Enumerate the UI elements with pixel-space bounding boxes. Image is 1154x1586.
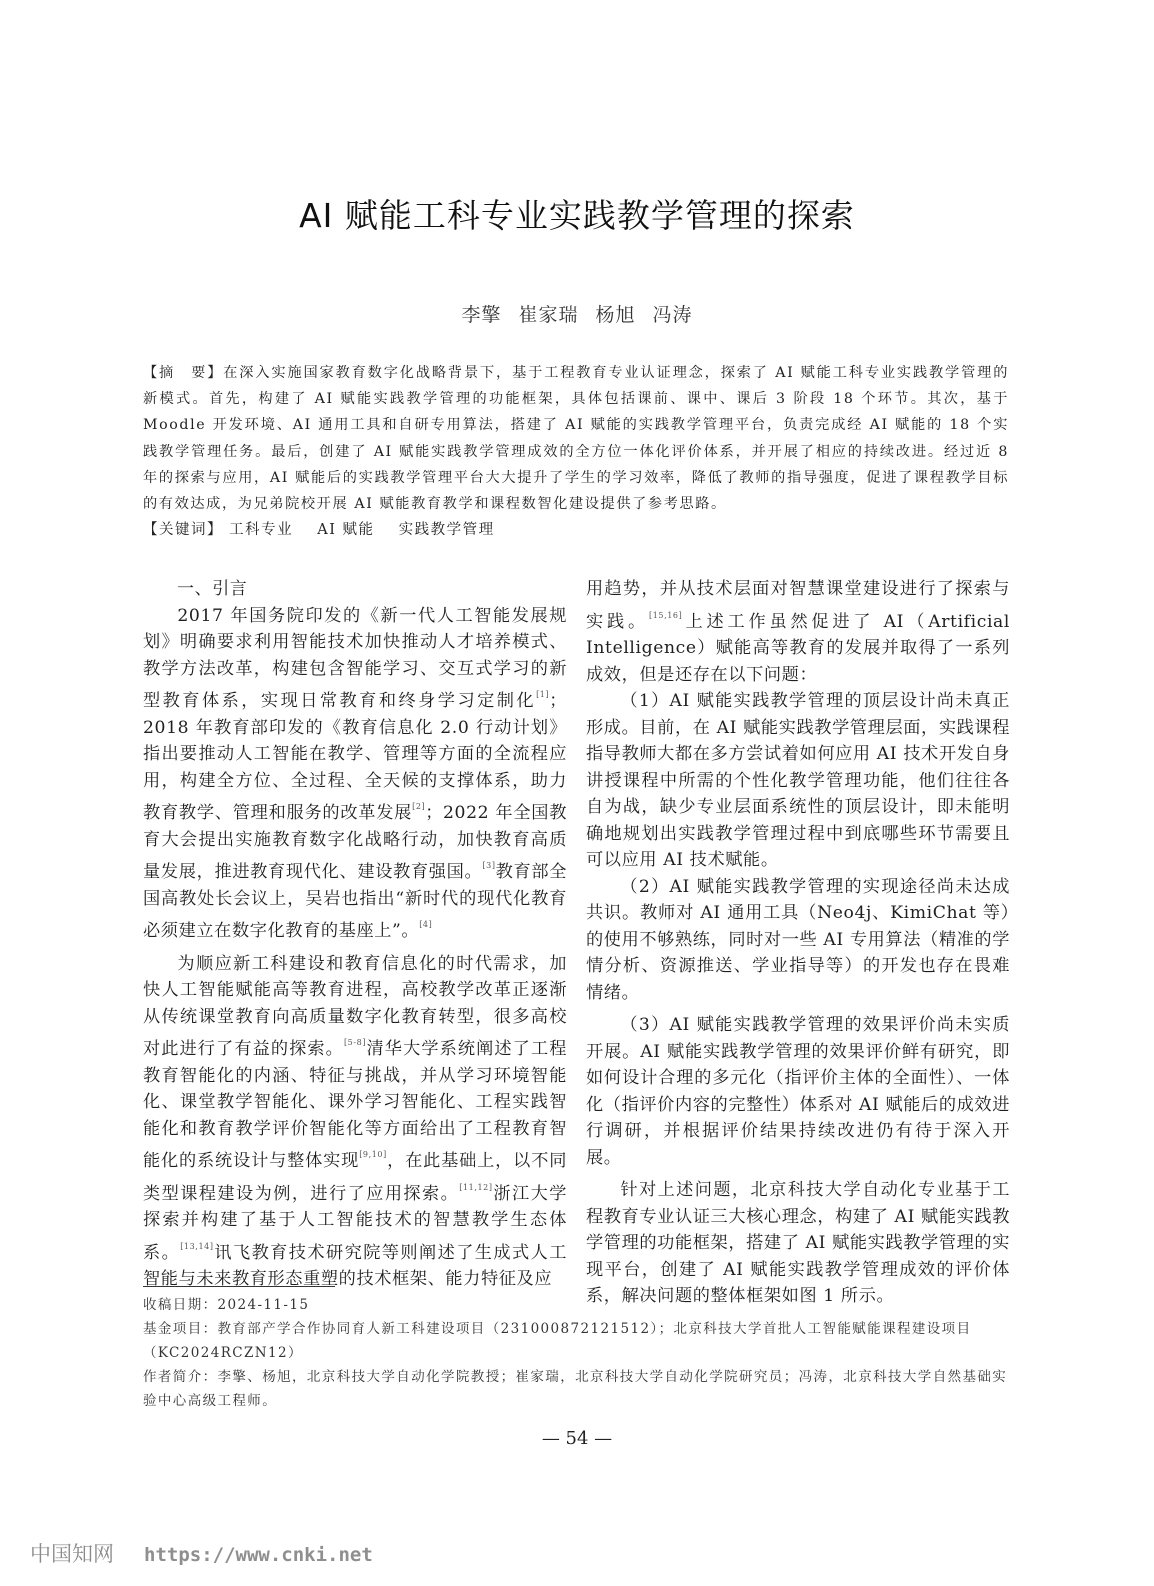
paragraph: （3）AI 赋能实践教学管理的效果评价尚未实质开展。AI 赋能实践教学管理的效果… (586, 1012, 1010, 1171)
paper-title: AI 赋能工科专业实践教学管理的探索 (0, 190, 1154, 237)
paragraph-text: 2017 年国务院印发的《新一代人工智能发展规划》明确要求利用智能技术加快推动人… (143, 606, 567, 712)
paragraph: 用趋势，并从技术层面对智慧课堂建设进行了探索与实践。[15,16]上述工作虽然促… (586, 576, 1010, 688)
fund-info: 基金项目：教育部产学合作协同育人新工科建设项目（231000872121512）… (143, 1317, 1013, 1365)
paragraph: （2）AI 赋能实践教学管理的实现途径尚未达成共识。教师对 AI 通用工具（Ne… (586, 874, 1010, 1007)
citation[interactable]: [4] (419, 920, 432, 929)
citation[interactable]: [3] (482, 861, 495, 870)
page-number: — 54 — (0, 1428, 1154, 1449)
watermark-url[interactable]: https://www.cnki.net (144, 1544, 373, 1566)
author-list: 李擎 崔家瑞 杨旭 冯涛 (0, 300, 1154, 327)
paragraph: （1）AI 赋能实践教学管理的顶层设计尚未真正形成。目前，在 AI 赋能实践教学… (586, 688, 1010, 874)
footnote-divider (143, 1286, 335, 1287)
keyword: 工科专业 (229, 522, 293, 538)
citation[interactable]: [9,10] (359, 1150, 387, 1159)
author-bio: 作者简介：李擎、杨旭，北京科技大学自动化学院教授；崔家瑞，北京科技大学自动化学院… (143, 1365, 1013, 1413)
paragraph: 针对上述问题，北京科技大学自动化专业基于工程教育专业认证三大核心理念，构建了 A… (586, 1177, 1010, 1310)
cnki-watermark: 中国知网https://www.cnki.net (30, 1538, 373, 1568)
keywords: 【关键词】 工科专业 AI 赋能 实践教学管理 (143, 518, 513, 539)
footnotes: 收稿日期：2024-11-15 基金项目：教育部产学合作协同育人新工科建设项目（… (143, 1293, 1013, 1413)
body-column-right: 用趋势，并从技术层面对智慧课堂建设进行了探索与实践。[15,16]上述工作虽然促… (586, 576, 1010, 1310)
paragraph: 为顺应新工科建设和教育信息化的时代需求，加快人工智能赋能高等教育进程，高校教学改… (143, 951, 567, 1293)
citation[interactable]: [2] (412, 802, 425, 811)
citation[interactable]: [5-8] (344, 1038, 366, 1047)
abstract: 【摘 要】在深入实施国家教育数字化战略背景下，基于工程教育专业认证理念，探索了 … (143, 360, 1009, 517)
abstract-label: 【摘 要】 (143, 365, 223, 381)
body-column-left: 一、引言 2017 年国务院印发的《新一代人工智能发展规划》明确要求利用智能技术… (143, 576, 567, 1293)
citation[interactable]: [13,14] (180, 1242, 213, 1251)
paragraph-text: 上述工作虽然促进了 AI（Artificial Intelligence）赋能高… (586, 612, 1010, 685)
watermark-brand: 中国知网 (30, 1542, 114, 1566)
citation[interactable]: [1] (536, 690, 549, 699)
keyword: 实践教学管理 (399, 522, 495, 538)
abstract-text: 在深入实施国家教育数字化战略背景下，基于工程教育专业认证理念，探索了 AI 赋能… (143, 365, 1009, 512)
citation[interactable]: [11,12] (459, 1183, 492, 1192)
section-heading: 一、引言 (143, 576, 567, 603)
keyword: AI 赋能 (317, 522, 374, 538)
received-date: 收稿日期：2024-11-15 (143, 1293, 1013, 1317)
citation[interactable]: [15,16] (649, 611, 682, 620)
paragraph: 2017 年国务院印发的《新一代人工智能发展规划》明确要求利用智能技术加快推动人… (143, 603, 567, 945)
keywords-label: 【关键词】 (143, 522, 223, 538)
